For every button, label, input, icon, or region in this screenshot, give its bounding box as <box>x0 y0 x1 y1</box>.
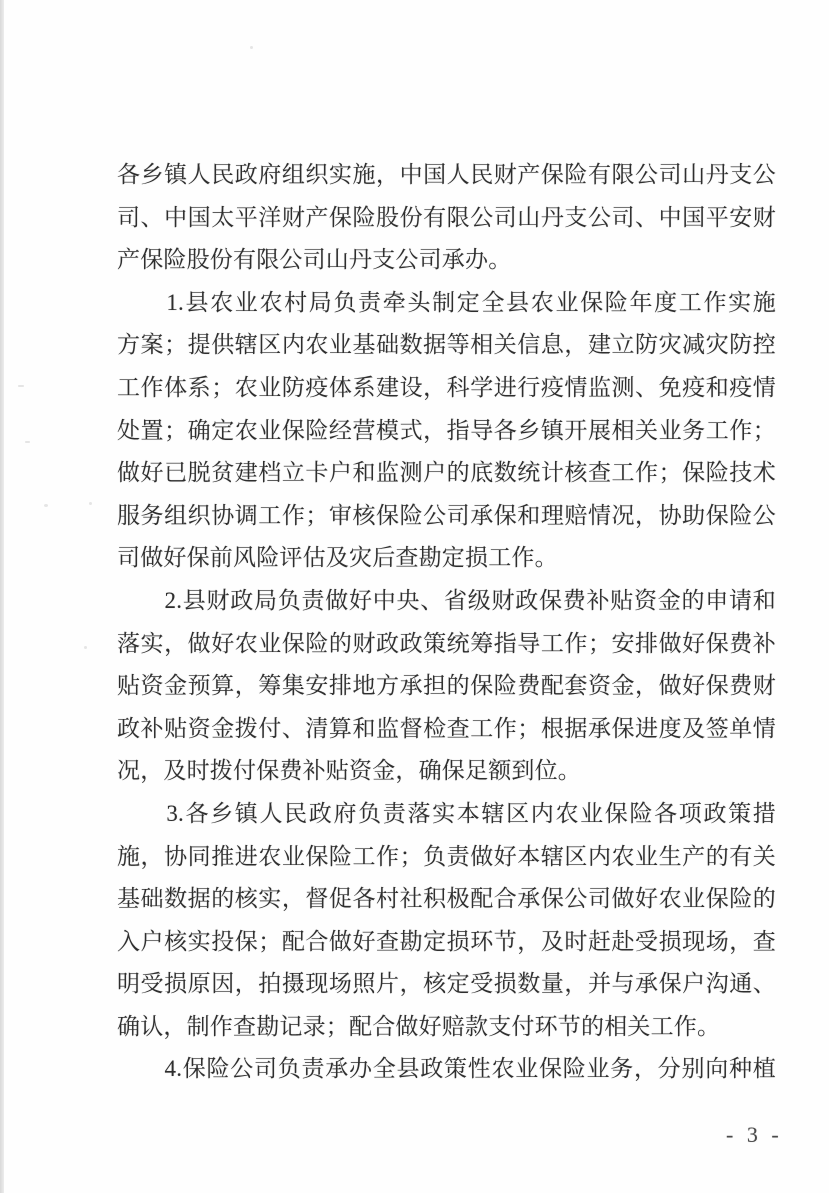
text-line: 确认，制作查勘记录；配合做好赔款支付环节的相关工作。 <box>117 1006 776 1049</box>
text-line: 3.各乡镇人民政府负责落实本辖区内农业保险各项政策措 <box>117 793 776 836</box>
page-number: - 3 - <box>726 1122 783 1148</box>
text-line: 施，协同推进农业保险工作；负责做好本辖区内农业生产的有关 <box>117 836 776 879</box>
paragraph: 3.各乡镇人民政府负责落实本辖区内农业保险各项政策措施，协同推进农业保险工作；负… <box>117 793 776 1049</box>
text-line: 司、中国太平洋财产保险股份有限公司山丹支公司、中国平安财 <box>117 197 776 240</box>
text-line: 司做好保前风险评估及灾后查勘定损工作。 <box>117 537 776 580</box>
text-line: 明受损原因，拍摄现场照片，核定受损数量，并与承保户沟通、 <box>117 963 776 1006</box>
paragraph: 2.县财政局负责做好中央、省级财政保费补贴资金的申请和落实，做好农业保险的财政政… <box>117 580 776 793</box>
text-line: 处置；确定农业保险经营模式，指导各乡镇开展相关业务工作； <box>117 410 776 453</box>
scan-edge-shadow <box>0 0 4 1193</box>
text-line: 方案；提供辖区内农业基础数据等相关信息，建立防灾减灾防控 <box>117 324 776 367</box>
paragraph: 4.保险公司负责承办全县政策性农业保险业务，分别向种植 <box>117 1048 776 1091</box>
scan-speck <box>25 441 30 443</box>
text-line: 入户核实投保；配合做好查勘定损环节，及时赶赴受损现场，查 <box>117 921 776 964</box>
text-line: 4.保险公司负责承办全县政策性农业保险业务，分别向种植 <box>117 1048 776 1091</box>
text-line: 产保险股份有限公司山丹支公司承办。 <box>117 239 776 282</box>
text-line: 政补贴资金拨付、清算和监督检查工作；根据承保进度及签单情 <box>117 708 776 751</box>
text-line: 落实，做好农业保险的财政政策统筹指导工作；安排做好保费补 <box>117 623 776 666</box>
text-line: 服务组织协调工作；审核保险公司承保和理赔情况，协助保险公 <box>117 495 776 538</box>
document-body: 各乡镇人民政府组织实施，中国人民财产保险有限公司山丹支公司、中国太平洋财产保险股… <box>117 154 776 1091</box>
text-line: 工作体系；农业防疫体系建设，科学进行疫情监测、免疫和疫情 <box>117 367 776 410</box>
scan-speck <box>89 502 92 505</box>
paragraph: 各乡镇人民政府组织实施，中国人民财产保险有限公司山丹支公司、中国太平洋财产保险股… <box>117 154 776 282</box>
scan-speck <box>250 46 253 49</box>
scan-speck <box>84 646 87 649</box>
text-line: 各乡镇人民政府组织实施，中国人民财产保险有限公司山丹支公 <box>117 154 776 197</box>
text-line: 做好已脱贫建档立卡户和监测户的底数统计核查工作；保险技术 <box>117 452 776 495</box>
text-line: 基础数据的核实，督促各村社积极配合承保公司做好农业保险的 <box>117 878 776 921</box>
text-line: 1.县农业农村局负责牵头制定全县农业保险年度工作实施 <box>117 282 776 325</box>
paragraph: 1.县农业农村局负责牵头制定全县农业保险年度工作实施方案；提供辖区内农业基础数据… <box>117 282 776 580</box>
scanned-document-page: 各乡镇人民政府组织实施，中国人民财产保险有限公司山丹支公司、中国太平洋财产保险股… <box>0 0 829 1193</box>
scan-speck <box>44 504 48 507</box>
text-line: 2.县财政局负责做好中央、省级财政保费补贴资金的申请和 <box>117 580 776 623</box>
text-line: 况，及时拨付保费补贴资金，确保足额到位。 <box>117 750 776 793</box>
scan-speck <box>18 385 24 387</box>
text-line: 贴资金预算，筹集安排地方承担的保险费配套资金，做好保费财 <box>117 665 776 708</box>
